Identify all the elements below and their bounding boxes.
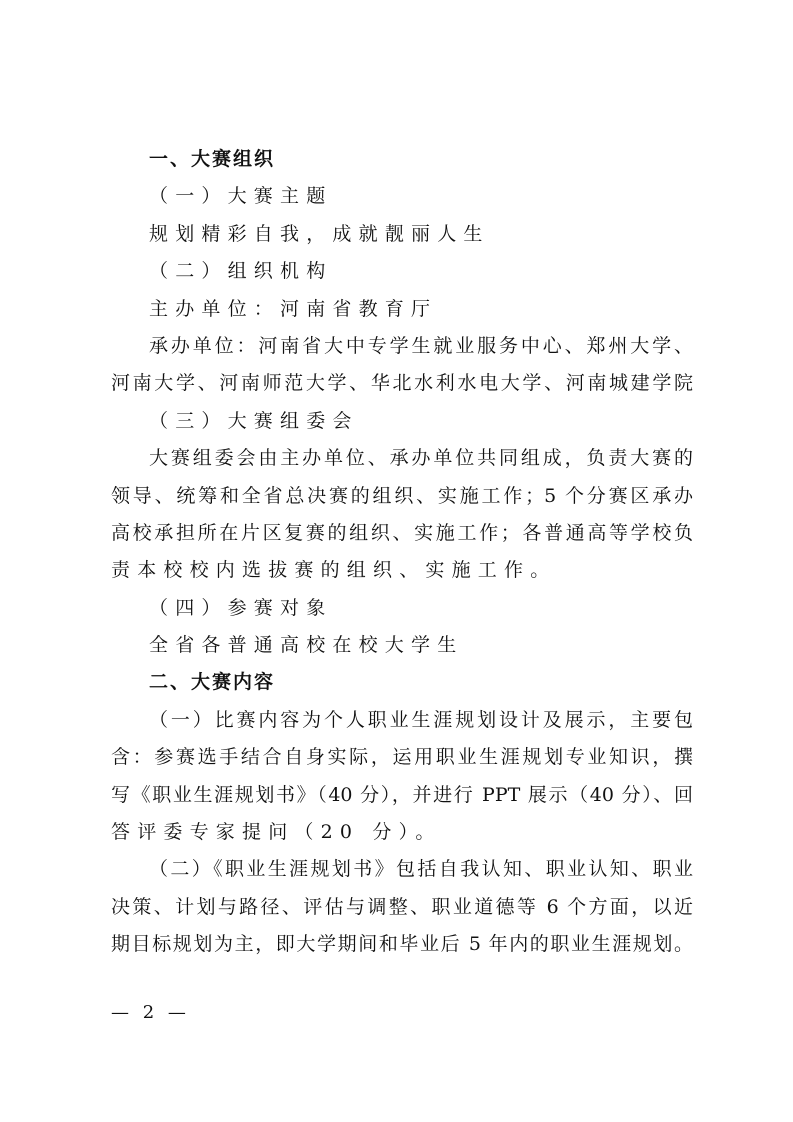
document-page: 一、大赛组织 （一）大赛主题 规划精彩自我，成就靓丽人生 （二）组织机构 主办单… xyxy=(111,141,693,964)
content-para2-line3: 期目标规划为主，即大学期间和毕业后 5 年内的职业生涯规划。 xyxy=(111,926,693,963)
content-para1-line1: （一）比赛内容为个人职业生涯规划设计及展示，主要包 xyxy=(111,702,693,739)
host-unit-text: 主办单位：河南省教育厅 xyxy=(111,291,693,328)
page-number: — 2 — xyxy=(111,1001,190,1025)
organizer-unit-text-line2: 河南大学、河南师范大学、华北水利水电大学、河南城建学院 xyxy=(111,365,693,402)
content-para2-line2: 决策、计划与路径、评估与调整、职业道德等 6 个方面，以近 xyxy=(111,889,693,926)
content-para2-line1: （二）《职业生涯规划书》包括自我认知、职业认知、职业 xyxy=(111,851,693,888)
section-heading-content: 二、大赛内容 xyxy=(111,664,693,701)
committee-text-line2: 领导、统筹和全省总决赛的组织、实施工作；5 个分赛区承办 xyxy=(111,478,693,515)
committee-text-line3: 高校承担所在片区复赛的组织、实施工作；各普通高等学校负 xyxy=(111,515,693,552)
organizer-unit-text-line1: 承办单位：河南省大中专学生就业服务中心、郑州大学、 xyxy=(111,328,693,365)
theme-text: 规划精彩自我，成就靓丽人生 xyxy=(111,216,693,253)
subsection-title-organization: （二）组织机构 xyxy=(111,253,693,290)
subsection-title-theme: （一）大赛主题 xyxy=(111,178,693,215)
participants-text: 全省各普通高校在校大学生 xyxy=(111,627,693,664)
content-para1-line2: 含：参赛选手结合自身实际，运用职业生涯规划专业知识，撰 xyxy=(111,739,693,776)
subsection-title-participants: （四）参赛对象 xyxy=(111,590,693,627)
subsection-title-committee: （三）大赛组委会 xyxy=(111,403,693,440)
section-heading-organization: 一、大赛组织 xyxy=(111,141,693,178)
content-para1-line4: 答评委专家提问（20 分）。 xyxy=(111,814,693,851)
content-para1-line3: 写《职业生涯规划书》（40 分），并进行 PPT 展示（40 分）、回 xyxy=(111,777,693,814)
committee-text-line4: 责本校校内选拔赛的组织、实施工作。 xyxy=(111,552,693,589)
committee-text-line1: 大赛组委会由主办单位、承办单位共同组成，负责大赛的 xyxy=(111,440,693,477)
